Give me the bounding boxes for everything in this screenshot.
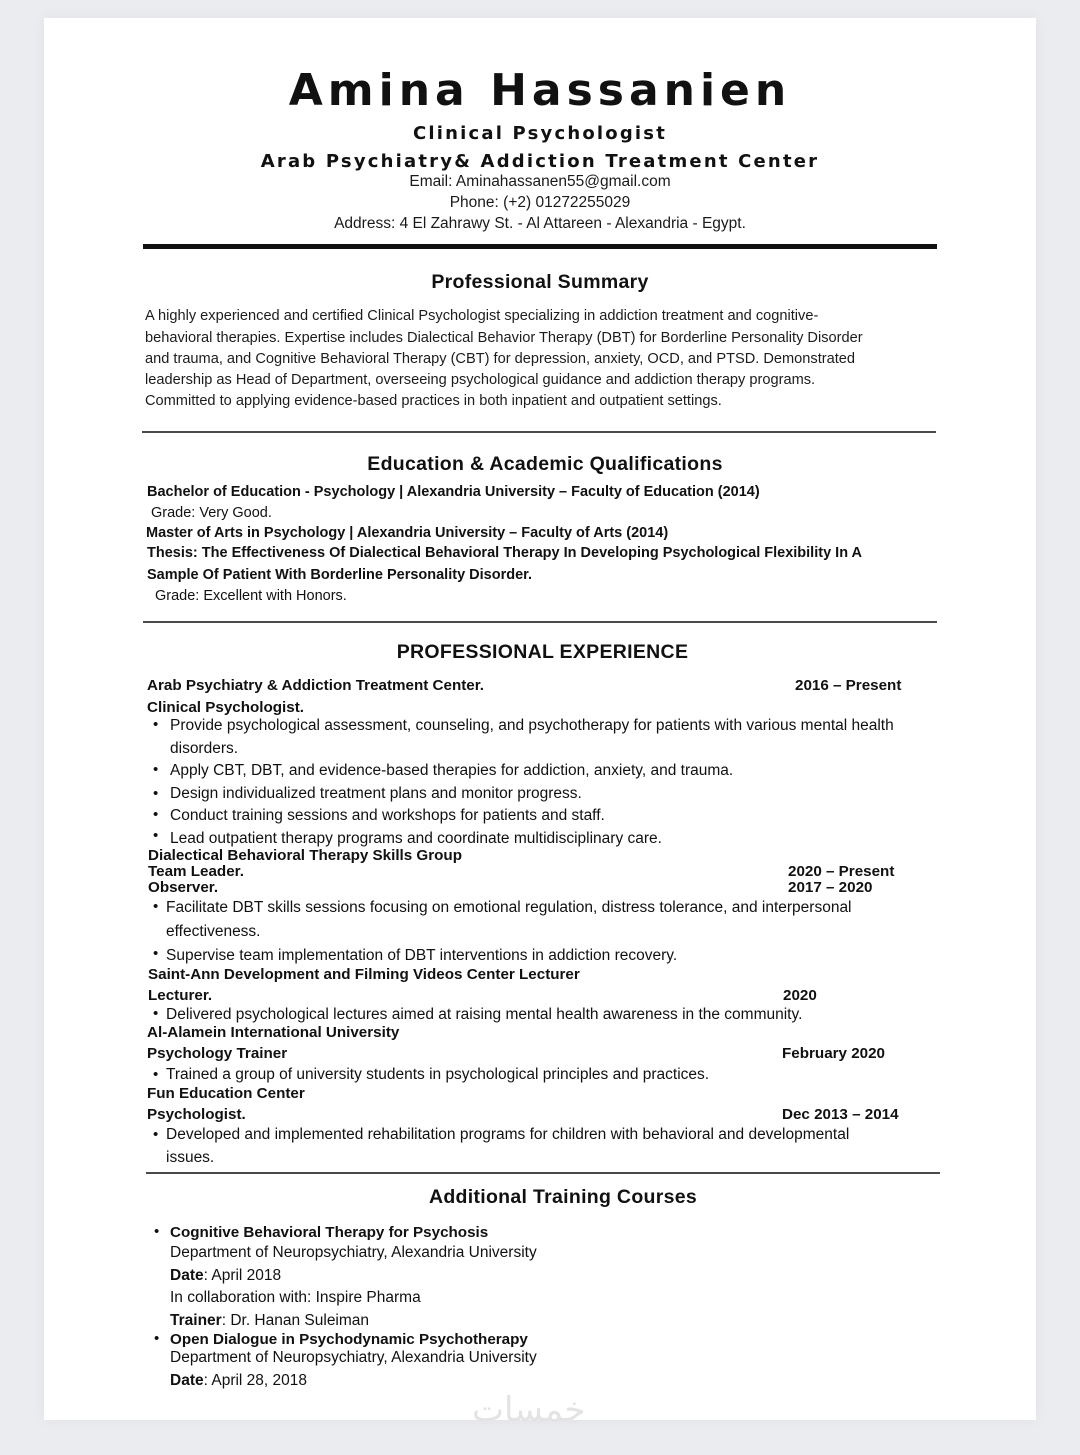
thesis-line: Sample Of Patient With Borderline Person… xyxy=(147,565,532,586)
summary-line: A highly experienced and certified Clini… xyxy=(145,306,818,327)
email[interactable]: Email: Aminahassanen55@gmail.com xyxy=(0,172,1080,192)
experience-title: PROFESSIONAL EXPERIENCE xyxy=(0,640,1080,664)
education-title: Education & Academic Qualifications xyxy=(0,452,1080,476)
course-department: Department of Neuropsychiatry, Alexandri… xyxy=(170,1242,537,1264)
bullet-icon: • xyxy=(153,806,158,823)
section-divider xyxy=(142,431,936,433)
course-collaboration: In collaboration with: Inspire Pharma xyxy=(170,1287,421,1309)
summary-line: and trauma, and Cognitive Behavioral The… xyxy=(145,349,855,370)
date-value: : April 2018 xyxy=(204,1267,282,1284)
job-dates: Dec 2013 – 2014 xyxy=(782,1105,899,1125)
job-organization: Saint-Ann Development and Filming Videos… xyxy=(148,965,580,985)
job-bullet-continued: issues. xyxy=(166,1147,214,1169)
job-bullet-continued: effectiveness. xyxy=(166,921,261,943)
header-divider xyxy=(143,244,937,249)
bullet-icon: • xyxy=(153,898,158,915)
job-organization: Al-Alamein International University xyxy=(147,1023,399,1043)
watermark-logo: خمسات xyxy=(472,1390,585,1430)
job-title: Clinical Psychologist xyxy=(0,122,1080,146)
course-department: Department of Neuropsychiatry, Alexandri… xyxy=(170,1347,537,1369)
candidate-name: Amina Hassanien xyxy=(0,64,1080,118)
bullet-icon: • xyxy=(154,1330,159,1347)
section-divider xyxy=(143,621,937,623)
job-organization: Fun Education Center xyxy=(147,1084,305,1104)
date-value: : April 28, 2018 xyxy=(204,1372,307,1389)
bullet-icon: • xyxy=(153,761,158,778)
job-bullet: Provide psychological assessment, counse… xyxy=(170,715,894,737)
address: Address: 4 El Zahrawy St. - Al Attareen … xyxy=(0,214,1080,234)
trainer-value: : Dr. Hanan Suleiman xyxy=(222,1312,369,1329)
bullet-icon: • xyxy=(153,1126,158,1143)
course-date: Date: April 28, 2018 xyxy=(170,1370,307,1392)
job-role: Observer. xyxy=(148,879,218,897)
job-bullet: Facilitate DBT skills sessions focusing … xyxy=(166,897,852,919)
job-role: Lecturer. xyxy=(148,986,212,1006)
summary-line: leadership as Head of Department, overse… xyxy=(145,370,815,391)
summary-line: behavioral therapies. Expertise includes… xyxy=(145,328,863,349)
job-dates: 2020 xyxy=(783,986,817,1006)
job-role: Psychologist. xyxy=(147,1105,246,1125)
bullet-icon: • xyxy=(154,1223,159,1240)
phone[interactable]: Phone: (+2) 01272255029 xyxy=(0,193,1080,213)
organization: Arab Psychiatry& Addiction Treatment Cen… xyxy=(0,150,1080,174)
bullet-icon: • xyxy=(153,945,158,962)
bachelor-degree: Bachelor of Education - Psychology | Ale… xyxy=(147,482,760,503)
summary-line: Committed to applying evidence-based pra… xyxy=(145,391,722,412)
job-bullet-continued: disorders. xyxy=(170,738,238,760)
job-role: Psychology Trainer xyxy=(147,1044,287,1064)
job-bullet: Developed and implemented rehabilitation… xyxy=(166,1124,849,1146)
job-bullet: Supervise team implementation of DBT int… xyxy=(166,945,677,967)
course-name: Cognitive Behavioral Therapy for Psychos… xyxy=(170,1223,488,1243)
bullet-icon: • xyxy=(153,716,158,733)
date-label: Date xyxy=(170,1267,204,1284)
master-grade: Grade: Excellent with Honors. xyxy=(155,586,347,607)
trainer-label: Trainer xyxy=(170,1312,222,1329)
thesis-line: Thesis: The Effectiveness Of Dialectical… xyxy=(147,543,862,564)
job-bullet: Conduct training sessions and workshops … xyxy=(170,805,605,827)
bullet-icon: • xyxy=(153,1005,158,1022)
job-organization: Arab Psychiatry & Addiction Treatment Ce… xyxy=(147,676,484,696)
bullet-icon: • xyxy=(153,1066,158,1083)
job-bullet: Trained a group of university students i… xyxy=(166,1064,709,1086)
bullet-icon: • xyxy=(153,785,158,802)
job-bullet: Design individualized treatment plans an… xyxy=(170,783,582,805)
bachelor-grade: Grade: Very Good. xyxy=(151,503,272,524)
course-date: Date: April 2018 xyxy=(170,1265,281,1287)
summary-title: Professional Summary xyxy=(0,270,1080,294)
bullet-icon: • xyxy=(153,827,158,844)
job-dates: 2017 – 2020 xyxy=(788,879,872,897)
job-bullet: Apply CBT, DBT, and evidence-based thera… xyxy=(170,760,733,782)
job-dates: February 2020 xyxy=(782,1044,885,1064)
course-trainer: Trainer: Dr. Hanan Suleiman xyxy=(170,1310,369,1332)
date-label: Date xyxy=(170,1372,204,1389)
job-dates: 2016 – Present xyxy=(795,676,901,696)
section-divider xyxy=(146,1172,940,1174)
courses-title: Additional Training Courses xyxy=(0,1185,1080,1209)
master-degree: Master of Arts in Psychology | Alexandri… xyxy=(146,523,668,544)
